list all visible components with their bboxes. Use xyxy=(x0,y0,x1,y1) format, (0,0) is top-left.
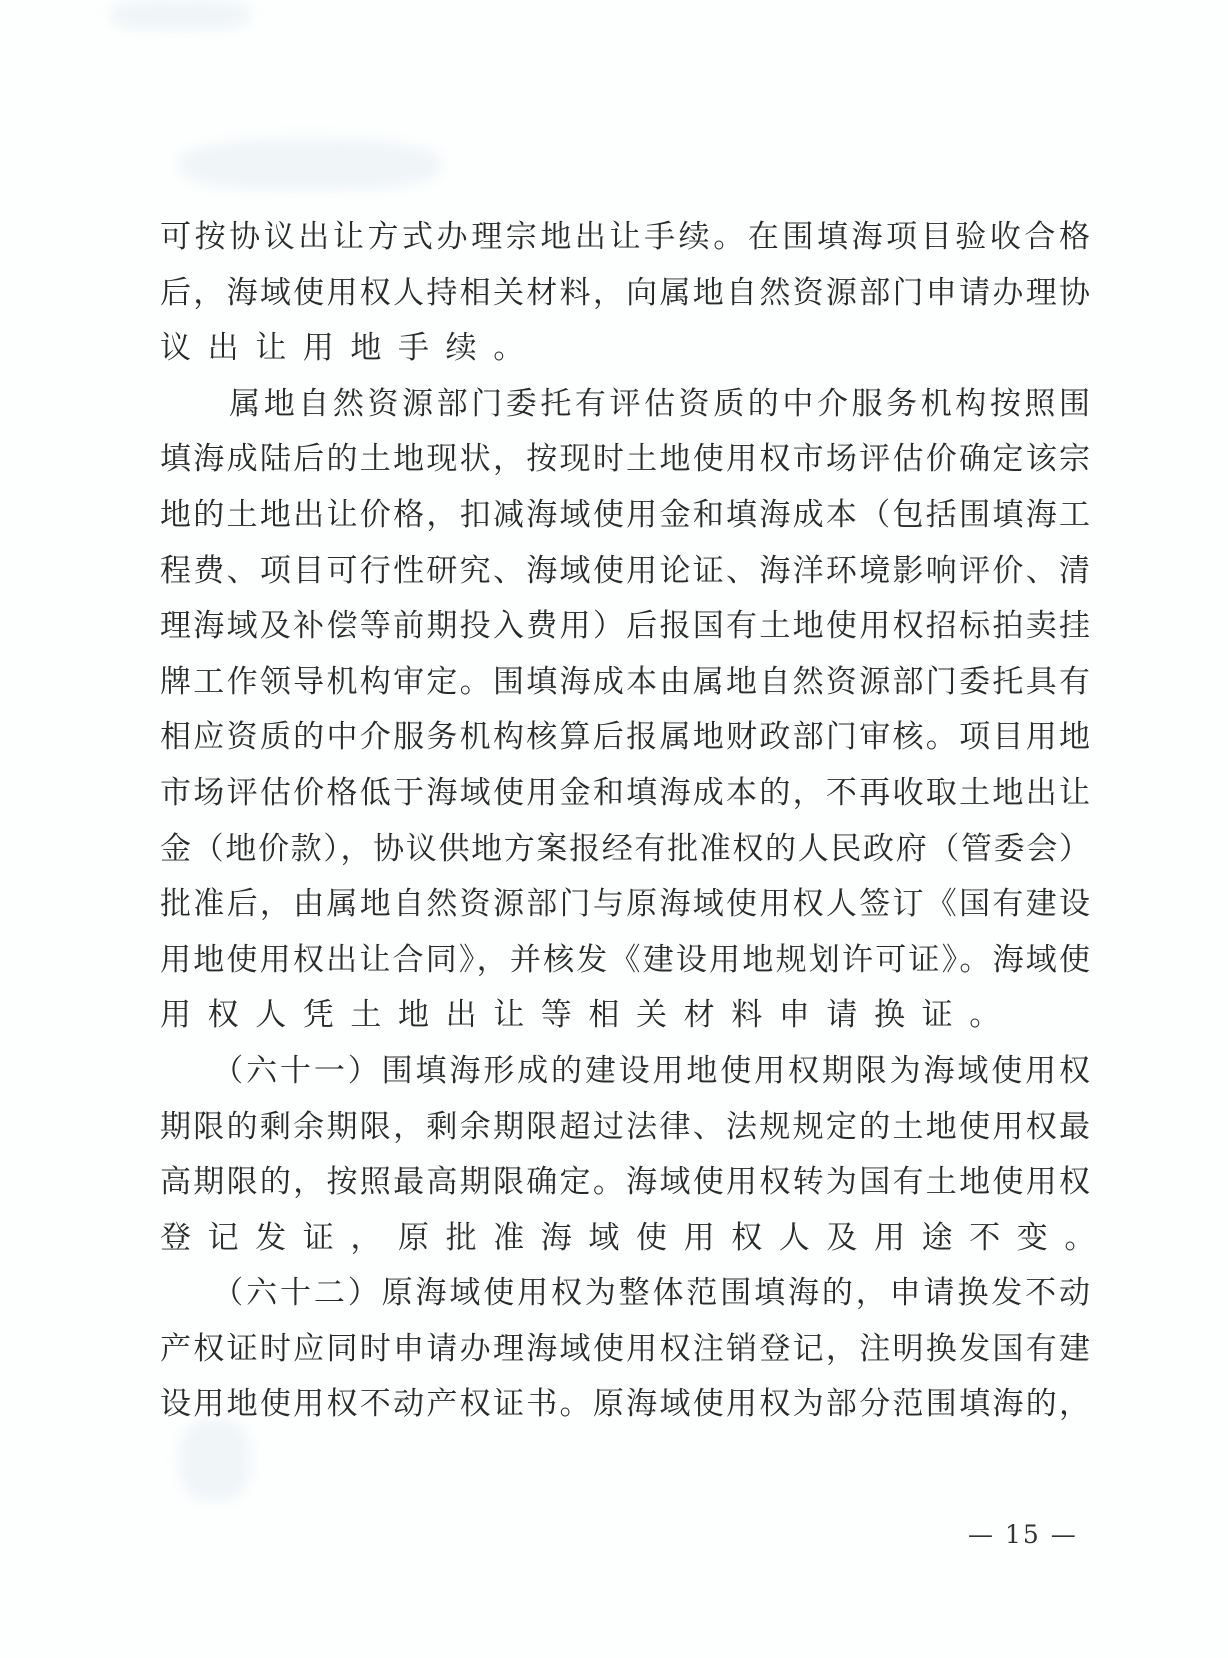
line-text: 用地使用权出让合同》，并核发《建设用地规划许可证》。海域使 xyxy=(160,933,1090,989)
paragraph-start-line: 属地自然资源部门委托有评估资质的中介服务机构按照围 xyxy=(160,377,1090,433)
line-text: 后，海域使用权人持相关材料，向属地自然资源部门申请办理协 xyxy=(160,266,1090,322)
text-line: 金（地价款），协议供地方案报经有批准权的人民政府（管委会） xyxy=(160,822,1090,878)
text-line: 填海成陆后的土地现状，按现时土地使用权市场评估价确定该宗 xyxy=(160,432,1090,488)
text-line: 可按协议出让方式办理宗地出让手续。在围填海项目验收合格 xyxy=(160,210,1090,266)
scan-artifact xyxy=(110,0,250,30)
line-text: 设用地使用权不动产权证书。原海域使用权为部分范围填海的， xyxy=(160,1377,1090,1433)
line-text: 登记发证，原批准海域使用权人及用途不变。 xyxy=(160,1211,1090,1267)
line-text: 程费、项目可行性研究、海域使用论证、海洋环境影响评价、清 xyxy=(160,544,1090,600)
line-text: 高期限的，按照最高期限确定。海域使用权转为国有土地使用权 xyxy=(160,1155,1090,1211)
line-text: 产权证时应同时申请办理海域使用权注销登记，注明换发国有建 xyxy=(160,1322,1090,1378)
line-text: 期限的剩余期限，剩余期限超过法律、法规规定的土地使用权最 xyxy=(160,1100,1090,1156)
text-line: 用地使用权出让合同》，并核发《建设用地规划许可证》。海域使 xyxy=(160,933,1090,989)
line-text: 相应资质的中介服务机构核算后报属地财政部门审核。项目用地 xyxy=(160,710,1090,766)
text-line: 高期限的，按照最高期限确定。海域使用权转为国有土地使用权 xyxy=(160,1155,1090,1211)
paragraph-start-line: （六十二）原海域使用权为整体范围填海的，申请换发不动 xyxy=(160,1266,1090,1322)
text-line: 后，海域使用权人持相关材料，向属地自然资源部门申请办理协 xyxy=(160,266,1090,322)
text-line: 程费、项目可行性研究、海域使用论证、海洋环境影响评价、清 xyxy=(160,544,1090,600)
text-line: 市场评估价格低于海域使用金和填海成本的，不再收取土地出让 xyxy=(160,766,1090,822)
document-body: 可按协议出让方式办理宗地出让手续。在围填海项目验收合格 后，海域使用权人持相关材… xyxy=(160,210,1090,1433)
paragraph-start-line: （六十一）围填海形成的建设用地使用权期限为海域使用权 xyxy=(160,1044,1090,1100)
line-text: （六十一）围填海形成的建设用地使用权期限为海域使用权 xyxy=(160,1044,1090,1100)
scan-artifact xyxy=(180,140,440,190)
line-text: 用权人凭土地出让等相关材料申请换证。 xyxy=(160,988,1090,1044)
text-line: 议出让用地手续。 xyxy=(160,321,1090,377)
line-text: 地的土地出让价格，扣减海域使用金和填海成本（包括围填海工 xyxy=(160,488,1090,544)
text-line: 牌工作领导机构审定。围填海成本由属地自然资源部门委托具有 xyxy=(160,655,1090,711)
line-text: 批准后，由属地自然资源部门与原海域使用权人签订《国有建设 xyxy=(160,877,1090,933)
line-text: 可按协议出让方式办理宗地出让手续。在围填海项目验收合格 xyxy=(160,210,1090,266)
line-text: 填海成陆后的土地现状，按现时土地使用权市场评估价确定该宗 xyxy=(160,432,1090,488)
text-line: 地的土地出让价格，扣减海域使用金和填海成本（包括围填海工 xyxy=(160,488,1090,544)
line-text: 市场评估价格低于海域使用金和填海成本的，不再收取土地出让 xyxy=(160,766,1090,822)
text-line: 批准后，由属地自然资源部门与原海域使用权人签订《国有建设 xyxy=(160,877,1090,933)
line-text: （六十二）原海域使用权为整体范围填海的，申请换发不动 xyxy=(160,1266,1090,1322)
text-line: 产权证时应同时申请办理海域使用权注销登记，注明换发国有建 xyxy=(160,1322,1090,1378)
text-line: 期限的剩余期限，剩余期限超过法律、法规规定的土地使用权最 xyxy=(160,1100,1090,1156)
text-line: 登记发证，原批准海域使用权人及用途不变。 xyxy=(160,1211,1090,1267)
text-line: 理海域及补偿等前期投入费用）后报国有土地使用权招标拍卖挂 xyxy=(160,599,1090,655)
line-text: 属地自然资源部门委托有评估资质的中介服务机构按照围 xyxy=(160,377,1090,433)
line-text: 理海域及补偿等前期投入费用）后报国有土地使用权招标拍卖挂 xyxy=(160,599,1090,655)
text-line: 设用地使用权不动产权证书。原海域使用权为部分范围填海的， xyxy=(160,1377,1090,1433)
line-text: 牌工作领导机构审定。围填海成本由属地自然资源部门委托具有 xyxy=(160,655,1090,711)
page-number: — 15 — xyxy=(968,1520,1078,1549)
line-text: 金（地价款），协议供地方案报经有批准权的人民政府（管委会） xyxy=(160,822,1090,878)
text-line: 用权人凭土地出让等相关材料申请换证。 xyxy=(160,988,1090,1044)
line-text: 议出让用地手续。 xyxy=(160,321,1090,377)
text-line: 相应资质的中介服务机构核算后报属地财政部门审核。项目用地 xyxy=(160,710,1090,766)
